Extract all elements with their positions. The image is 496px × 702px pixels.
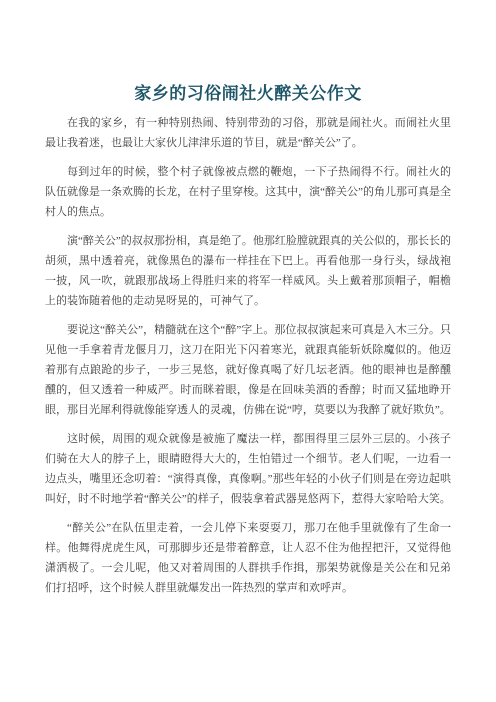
essay-paragraph: 这时候，周围的观众就像是被施了魔法一样，都围得里三层外三层的。小孩子们骑在大人的… — [45, 429, 451, 509]
essay-paragraph: 要说这“醉关公”，精髓就在这个“醉”字上。那位叔叔演起来可真是入木三分。只见他一… — [45, 320, 451, 420]
essay-paragraph: “醉关公”在队伍里走着，一会儿停下来耍耍刀，那刀在他手里就像有了生命一样。他舞得… — [45, 518, 451, 598]
essay-body: 在我的家乡，有一种特别热闹、特别带劲的习俗，那就是闹社火。而闹社火里最让我着迷，… — [45, 113, 451, 598]
page-title: 家乡的习俗闹社火醉关公作文 — [45, 84, 451, 104]
document-page: 家乡的习俗闹社火醉关公作文 在我的家乡，有一种特别热闹、特别带劲的习俗，那就是闹… — [0, 0, 496, 702]
essay-paragraph: 每到过年的时候，整个村子就像被点燃的鞭炮，一下子热闹得不行。闹社火的队伍就像是一… — [45, 162, 451, 222]
essay-paragraph: 在我的家乡，有一种特别热闹、特别带劲的习俗，那就是闹社火。而闹社火里最让我着迷，… — [45, 113, 451, 153]
essay-paragraph: 演“醉关公”的叔叔那扮相，真是绝了。他那红脸膛就跟真的关公似的，那长长的胡须，黑… — [45, 231, 451, 311]
